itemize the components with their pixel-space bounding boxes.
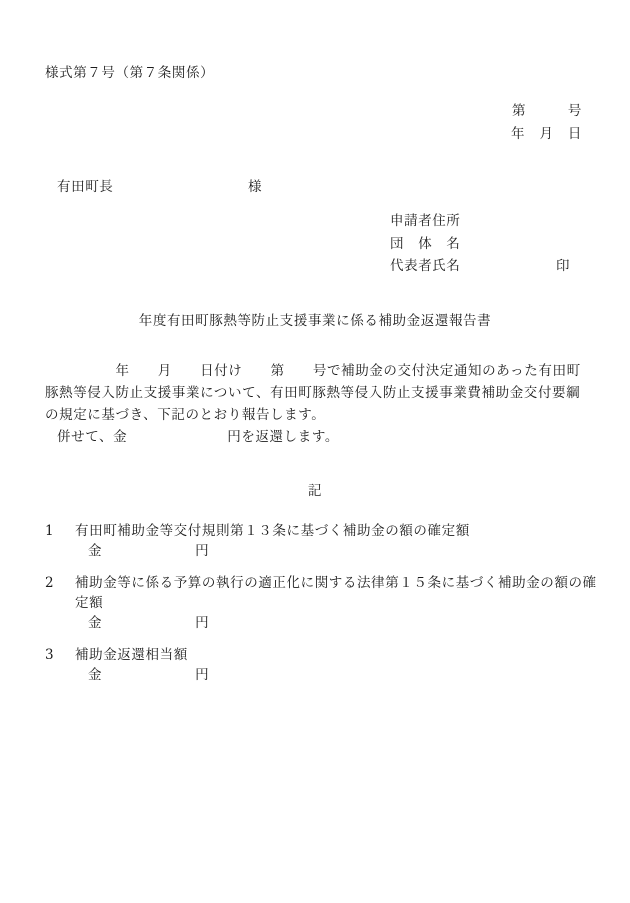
applicant-block: 申請者住所 団 体 名 代表者氏名 印 <box>390 210 461 278</box>
record-item-2: 2 補助金等に係る予算の執行の適正化に関する法律第１５条に基づく補助金の額の確定… <box>45 573 605 633</box>
form-number: 様式第７号（第７条関係） <box>45 61 214 81</box>
issue-date-year: 年 <box>511 122 525 142</box>
record-item-3-amount-unit: 円 <box>195 667 209 683</box>
applicant-address-label: 申請者住所 <box>390 210 461 233</box>
applicant-representative-label: 代表者氏名 <box>390 258 461 274</box>
record-item-2-label-line: 2 補助金等に係る予算の執行の適正化に関する法律第１５条に基づく補助金の額の確定… <box>45 573 605 613</box>
record-item-3-number: 3 <box>45 645 75 665</box>
refund-sentence-prefix: 併せて、金 <box>57 429 127 445</box>
record-item-3-amount-blank <box>102 678 195 679</box>
issue-date-line: 年 月 日 <box>511 122 582 142</box>
body-paragraph: 年 月 日付け 第 号で補助金の交付決定通知のあった有田町豚熱等侵入防止支援事業… <box>45 360 587 426</box>
record-item-1-amount-line: 金円 <box>45 541 605 561</box>
refund-amount-blank <box>127 440 227 441</box>
record-item-2-number: 2 <box>45 573 75 613</box>
document-title: 年度有田町豚熱等防止支援事業に係る補助金返還報告書 <box>0 309 630 329</box>
record-item-2-amount-prefix: 金 <box>88 615 102 631</box>
record-item-3-label: 補助金返還相当額 <box>75 645 605 665</box>
record-item-1: 1 有田町補助金等交付規則第１３条に基づく補助金の額の確定額 金円 <box>45 521 605 561</box>
record-heading: 記 <box>0 479 630 499</box>
issue-number-prefix: 第 <box>512 99 526 119</box>
record-item-3: 3 補助金返還相当額 金円 <box>45 645 605 685</box>
refund-sentence: 併せて、金円を返還します。 <box>45 426 587 448</box>
seal-mark: 印 <box>556 255 570 278</box>
addressee-name: 有田町長 <box>57 179 113 195</box>
issue-number-line: 第 号 <box>512 99 582 119</box>
record-item-1-amount-blank <box>102 554 195 555</box>
record-item-3-label-line: 3 補助金返還相当額 <box>45 645 605 665</box>
record-item-2-amount-unit: 円 <box>195 615 209 631</box>
record-item-1-amount-prefix: 金 <box>88 543 102 559</box>
record-item-2-amount-line: 金円 <box>45 613 605 633</box>
record-item-2-label: 補助金等に係る予算の執行の適正化に関する法律第１５条に基づく補助金の額の確定額 <box>75 573 605 613</box>
record-item-3-amount-line: 金円 <box>45 665 605 685</box>
record-item-1-label-line: 1 有田町補助金等交付規則第１３条に基づく補助金の額の確定額 <box>45 521 605 541</box>
record-item-3-amount-prefix: 金 <box>88 667 102 683</box>
refund-sentence-suffix: 円を返還します。 <box>227 429 339 445</box>
addressee-line: 有田町長 様 <box>57 175 317 195</box>
issue-date-month: 月 <box>539 122 553 142</box>
record-items: 1 有田町補助金等交付規則第１３条に基づく補助金の額の確定額 金円 2 補助金等… <box>45 521 605 697</box>
document-page: 様式第７号（第７条関係） 第 号 年 月 日 有田町長 様 申請者住所 団 体 … <box>0 0 630 903</box>
record-item-1-label: 有田町補助金等交付規則第１３条に基づく補助金の額の確定額 <box>75 521 605 541</box>
record-item-1-number: 1 <box>45 521 75 541</box>
issue-number-suffix: 号 <box>568 99 582 119</box>
applicant-organization-label: 団 体 名 <box>390 233 461 256</box>
issue-date-day: 日 <box>568 122 582 142</box>
body-section: 年 月 日付け 第 号で補助金の交付決定通知のあった有田町豚熱等侵入防止支援事業… <box>45 360 587 448</box>
applicant-representative-line: 代表者氏名 印 <box>390 255 461 278</box>
record-item-1-amount-unit: 円 <box>195 543 209 559</box>
record-item-2-amount-blank <box>102 626 195 627</box>
addressee-honorific: 様 <box>248 175 262 195</box>
